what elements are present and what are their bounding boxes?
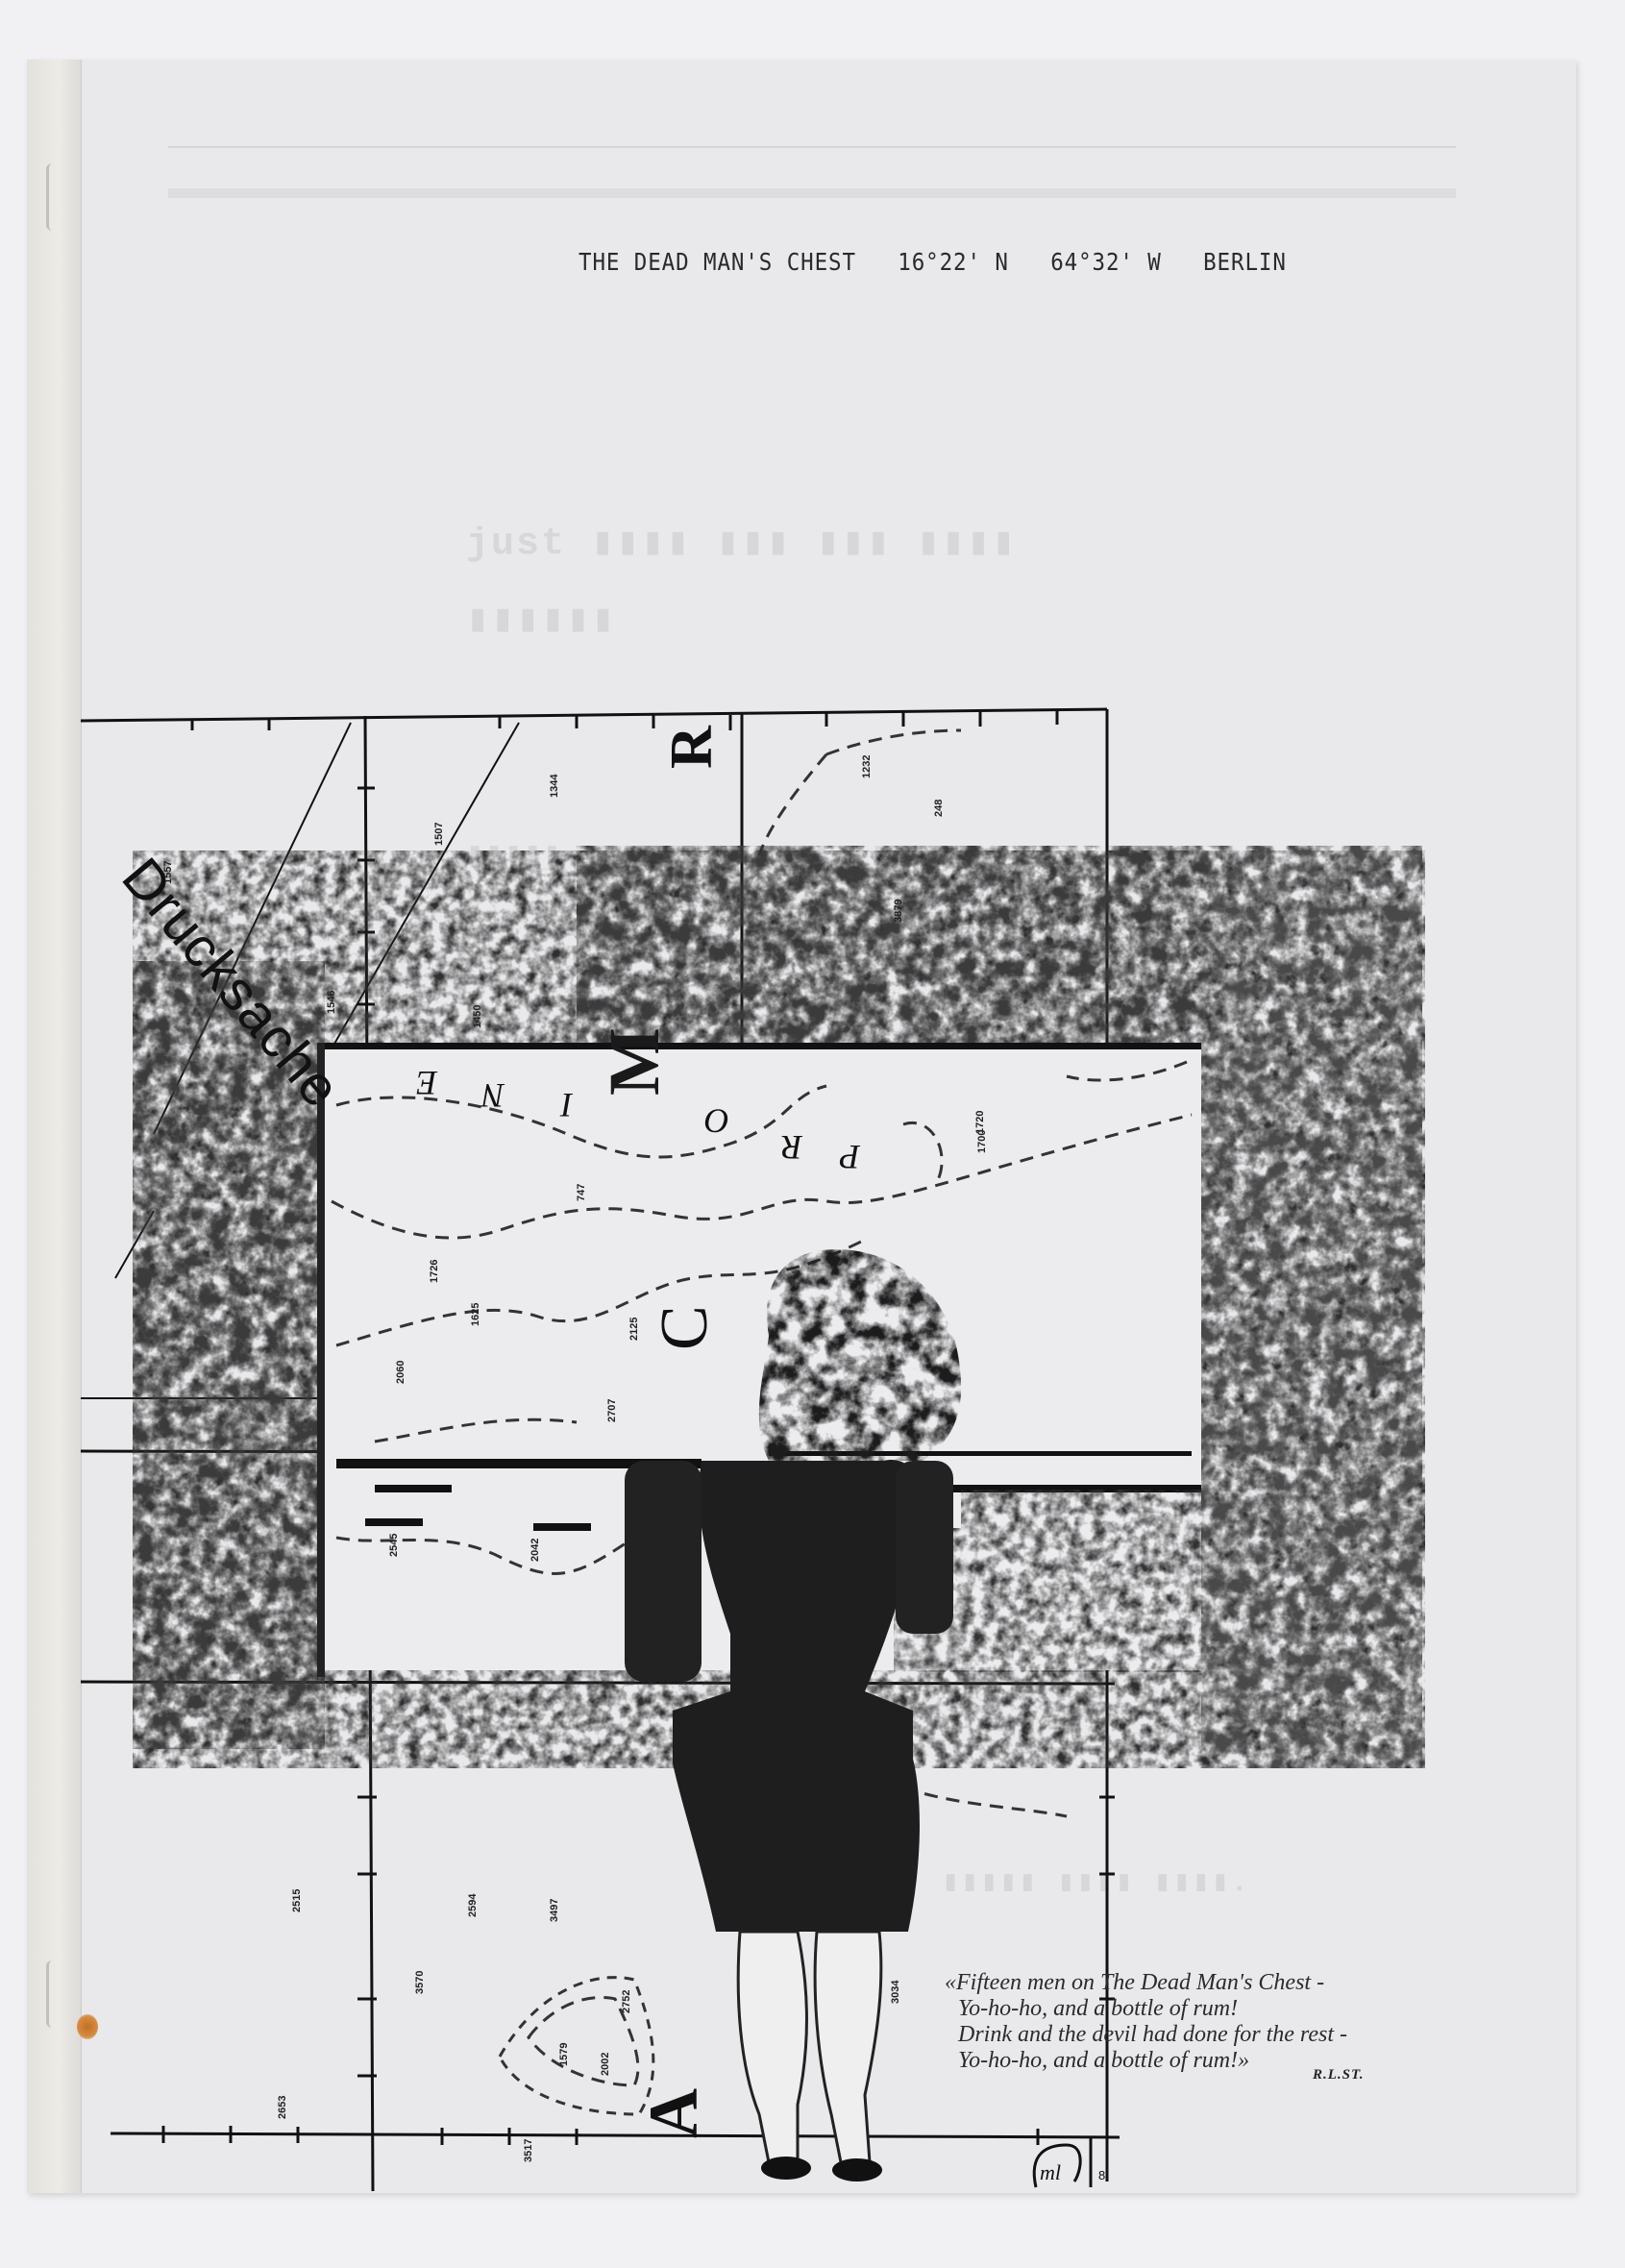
svg-text:2002: 2002: [600, 2053, 611, 2076]
svg-text:2594: 2594: [467, 1893, 479, 1917]
map-letter: O: [703, 1101, 728, 1140]
svg-text:3034: 3034: [890, 1980, 901, 2004]
map-photo-collage: R C A M E N I O R P 1557 1507 1344 1232 …: [0, 0, 1625, 2268]
corner-mark: 8: [1098, 2168, 1105, 2182]
svg-text:1579: 1579: [558, 2043, 570, 2066]
svg-text:1546: 1546: [326, 991, 337, 1014]
svg-text:2125: 2125: [628, 1318, 640, 1341]
svg-text:1726: 1726: [429, 1260, 440, 1283]
svg-text:3517: 3517: [523, 2139, 534, 2162]
map-letter: R: [781, 1128, 803, 1167]
svg-text:2545: 2545: [388, 1534, 400, 1557]
svg-text:1720: 1720: [974, 1111, 986, 1134]
quote-block: «Fifteen men on The Dead Man's Chest - Y…: [945, 1970, 1425, 2074]
map-letter: I: [559, 1086, 574, 1124]
svg-text:747: 747: [576, 1184, 587, 1201]
map-letter: E: [416, 1064, 438, 1102]
svg-text:2653: 2653: [277, 2096, 288, 2119]
quote-line: Yo-ho-ho, and a bottle of rum!: [945, 1996, 1425, 2022]
quote-attribution: R.L.ST.: [1313, 2067, 1365, 2083]
map-letter: A: [635, 2088, 712, 2138]
svg-text:1344: 1344: [549, 774, 560, 798]
quote-line: «Fifteen men on The Dead Man's Chest -: [945, 1970, 1425, 1996]
svg-text:248: 248: [933, 800, 945, 817]
map-letter: P: [839, 1138, 861, 1176]
map-letter: M: [595, 1027, 675, 1096]
map-letter: R: [659, 725, 725, 769]
map-letter: C: [648, 1305, 722, 1350]
svg-text:2707: 2707: [606, 1399, 618, 1422]
svg-text:2752: 2752: [621, 1990, 632, 2013]
svg-text:2515: 2515: [291, 1889, 303, 1912]
svg-text:3497: 3497: [549, 1899, 560, 1922]
svg-text:1450: 1450: [472, 1005, 483, 1028]
svg-text:3879: 3879: [893, 900, 904, 923]
map-letter: N: [480, 1076, 505, 1115]
svg-text:3570: 3570: [414, 1971, 426, 1994]
signature-mark: ml: [1040, 2160, 1061, 2184]
svg-text:1625: 1625: [470, 1303, 481, 1326]
svg-text:2060: 2060: [395, 1361, 406, 1384]
svg-text:2042: 2042: [529, 1539, 541, 1562]
quote-line: Drink and the devil had done for the res…: [945, 2022, 1425, 2048]
svg-text:1507: 1507: [433, 823, 445, 846]
svg-text:1232: 1232: [861, 755, 873, 778]
